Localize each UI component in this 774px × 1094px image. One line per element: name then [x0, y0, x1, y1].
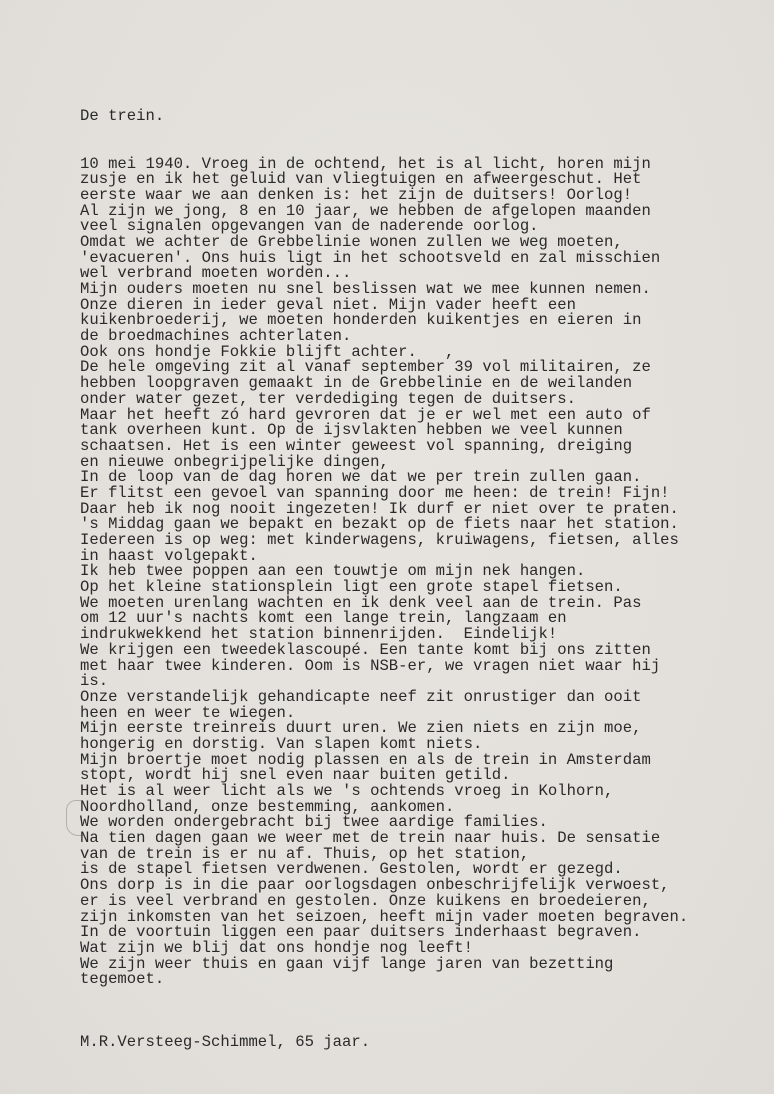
text-line: met haar twee kinderen. Oom is NSB-er, w…	[80, 659, 688, 675]
text-line: tegemoet.	[80, 972, 688, 988]
document-title: De trein.	[80, 109, 688, 125]
document-body: De trein. 10 mei 1940. Vroeg in de ochte…	[80, 78, 688, 1082]
typewritten-page: De trein. 10 mei 1940. Vroeg in de ochte…	[0, 0, 774, 1094]
signature: M.R.Versteeg-Schimmel, 65 jaar.	[80, 1035, 688, 1051]
document-paragraph: 10 mei 1940. Vroeg in de ochtend, het is…	[80, 157, 688, 988]
text-line: We zijn weer thuis en gaan vijf lange ja…	[80, 957, 688, 973]
